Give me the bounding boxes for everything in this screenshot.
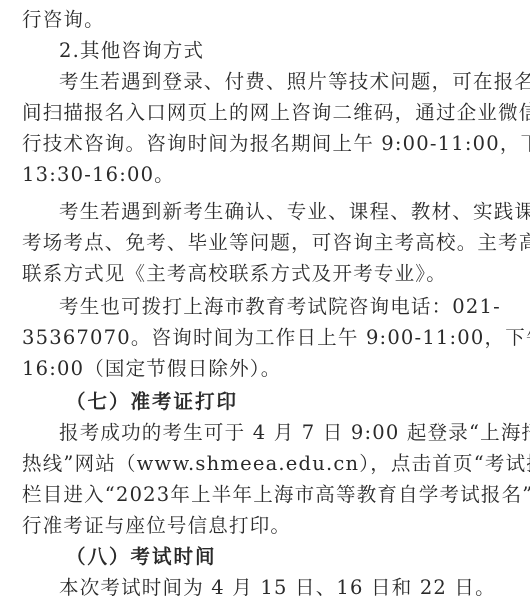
paragraph-line: 13:30-16:00。 [22,163,175,187]
paragraph-line: 考生也可拨打上海市教育考试院咨询电话：021- [59,295,501,319]
paragraph-line: 行准考证与座位号信息打印。 [22,514,291,538]
paragraph-line: 热线”网站（www.shmeea.edu.cn），点击首页“考试报名” [22,452,508,476]
paragraph-line: 本次考试时间为 4 月 15 日、16 日和 22 日。 [59,576,496,600]
paragraph-line: 行咨询。 [22,8,105,32]
paragraph-line: 联系方式见《主考高校联系方式及开考专业》。 [22,262,447,286]
paragraph-line: 考场考点、免考、毕业等问题，可咨询主考高校。主考高校 [22,231,508,255]
paragraph-line: 考生若遇到登录、付费、照片等技术问题，可在报名期 [59,70,530,94]
paragraph-line: 35367070。咨询时间为工作日上午 9:00-11:00，下午 13:30- [22,326,508,350]
paragraph-line: 报考成功的考生可于 4 月 7 日 9:00 起登录“上海招考 [59,421,530,445]
paragraph-line: 间扫描报名入口网页上的网上咨询二维码，通过企业微信进 [22,101,508,125]
paragraph-line: 行技术咨询。咨询时间为报名期间上午 9:00-11:00，下午 [22,132,508,156]
section-heading-admission-ticket: （七）准考证打印 [66,390,238,414]
paragraph-line: 16:00（国定节假日除外）。 [22,357,281,381]
section-heading-exam-time: （八）考试时间 [66,545,217,569]
paragraph-line: 栏目进入“2023年上半年上海市高等教育自学考试报名”进 [22,483,508,507]
paragraph-line: 考生若遇到新考生确认、专业、课程、教材、实践课、 [59,200,530,224]
subsection-heading-other-consult: 2.其他咨询方式 [59,39,204,63]
